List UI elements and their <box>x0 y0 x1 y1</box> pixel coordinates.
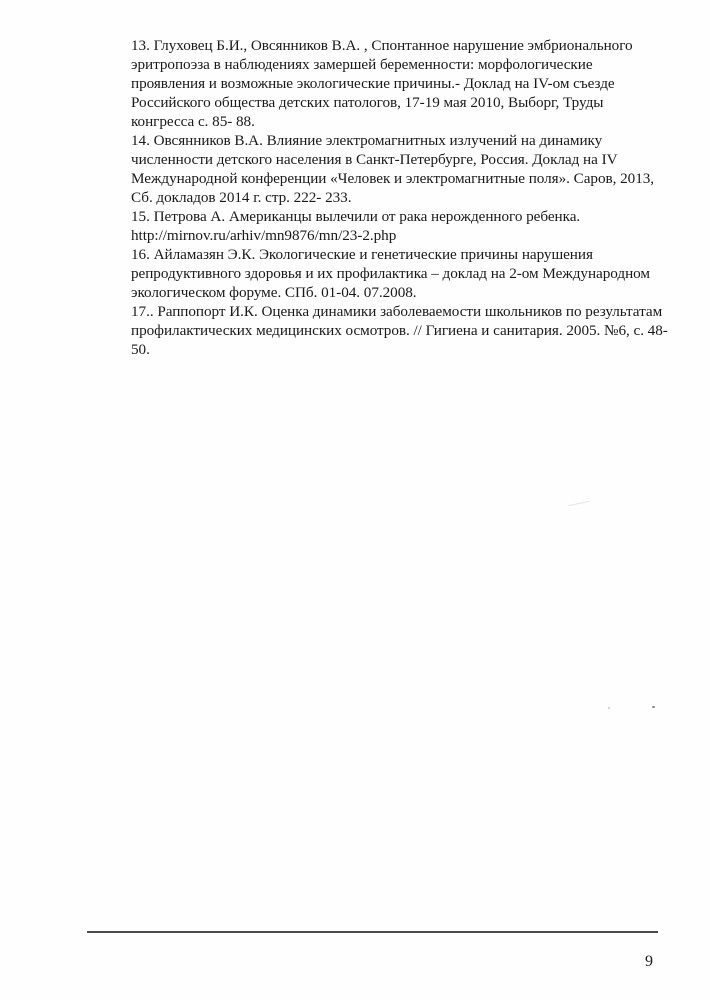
reference-item-13: 13. Глуховец Б.И., Овсянников В.А. , Спо… <box>131 36 666 131</box>
reference-line: 17.. Раппопорт И.К. Оценка динамики забо… <box>131 302 666 321</box>
reference-line: эритропоэза в наблюдениях замершей берем… <box>131 55 666 74</box>
reference-item-14: 14. Овсянников В.А. Влияние электромагни… <box>131 131 666 207</box>
reference-line: 13. Глуховец Б.И., Овсянников В.А. , Спо… <box>131 36 666 55</box>
reference-line: численности детского населения в Санкт-П… <box>131 150 666 169</box>
scan-speck <box>652 706 655 708</box>
scan-speck <box>608 707 610 709</box>
reference-line: Международной конференции «Человек и эле… <box>131 169 666 188</box>
reference-line: 15. Петрова А. Американцы вылечили от ра… <box>131 207 666 226</box>
scan-speck <box>568 501 590 507</box>
reference-line: экологическом форуме. СПб. 01-04. 07.200… <box>131 283 666 302</box>
reference-item-17: 17.. Раппопорт И.К. Оценка динамики забо… <box>131 302 666 359</box>
reference-line: репродуктивного здоровья и их профилакти… <box>131 264 666 283</box>
page-number: 9 <box>645 953 653 971</box>
reference-line: профилактических медицинских осмотров. /… <box>131 321 666 340</box>
reference-line: Российского общества детских патологов, … <box>131 93 666 112</box>
footer-divider <box>87 931 658 933</box>
reference-line: Сб. докладов 2014 г. стр. 222- 233. <box>131 188 666 207</box>
reference-item-16: 16. Айламазян Э.К. Экологические и генет… <box>131 245 666 302</box>
reference-line: проявления и возможные экологические при… <box>131 74 666 93</box>
reference-line: конгресса с. 85- 88. <box>131 112 666 131</box>
reference-list: 13. Глуховец Б.И., Овсянников В.А. , Спо… <box>131 36 666 359</box>
reference-url: http://mirnov.ru/arhiv/mn9876/mn/23-2.ph… <box>131 226 666 245</box>
reference-line: 50. <box>131 340 666 359</box>
reference-line: 14. Овсянников В.А. Влияние электромагни… <box>131 131 666 150</box>
reference-item-15: 15. Петрова А. Американцы вылечили от ра… <box>131 207 666 245</box>
reference-line: 16. Айламазян Э.К. Экологические и генет… <box>131 245 666 264</box>
document-page: 13. Глуховец Б.И., Овсянников В.А. , Спо… <box>0 0 710 1000</box>
